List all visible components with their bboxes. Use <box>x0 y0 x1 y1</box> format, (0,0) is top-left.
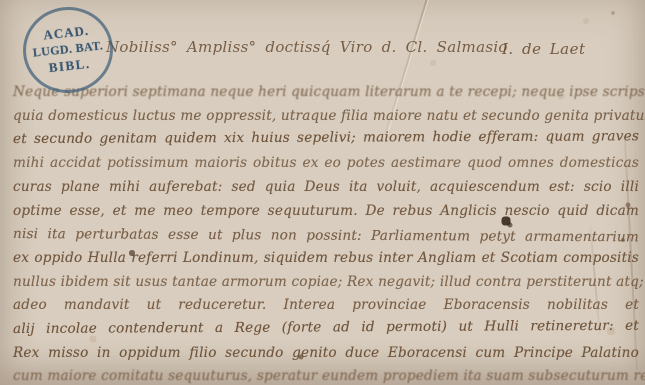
author-name: I. de Laet <box>502 40 586 58</box>
stamp-text-bibl: BIBL. <box>48 56 91 77</box>
manuscript-line: optime esse, et me meo tempore sequuturu… <box>13 200 639 224</box>
letter-body: Neque superiori septimana neque heri qui… <box>13 81 639 385</box>
manuscript-line: ex oppido Hulla referri Londinum, siquid… <box>13 247 639 271</box>
manuscript-line: mihi accidat potissimum maioris obitus e… <box>13 152 639 176</box>
manuscript-line: alij incolae contenderunt a Rege (forte … <box>13 315 639 342</box>
manuscript-line: nullus ibidem sit usus tantae armorum co… <box>13 271 639 295</box>
manuscript-line: Neque superiori septimana neque heri qui… <box>13 81 639 105</box>
ink-blots-and-foxing <box>0 0 2 2</box>
manuscript-line: et secundo genitam quidem xix huius sepe… <box>13 126 639 152</box>
manuscript-photo: ACAD. LUGD. BAT. BIBL. Nobiliss° Ampliss… <box>0 0 645 385</box>
manuscript-line: Rex misso in oppidum filio secundo genit… <box>13 342 639 366</box>
manuscript-line-clipped: cum maiore comitatu sequuturus, speratur… <box>13 365 639 385</box>
manuscript-line: curas plane mihi auferebat: sed quia Deu… <box>13 176 639 200</box>
salutation-line: Nobiliss° Ampliss° doctissq́ Viro d. Cl.… <box>106 38 502 56</box>
